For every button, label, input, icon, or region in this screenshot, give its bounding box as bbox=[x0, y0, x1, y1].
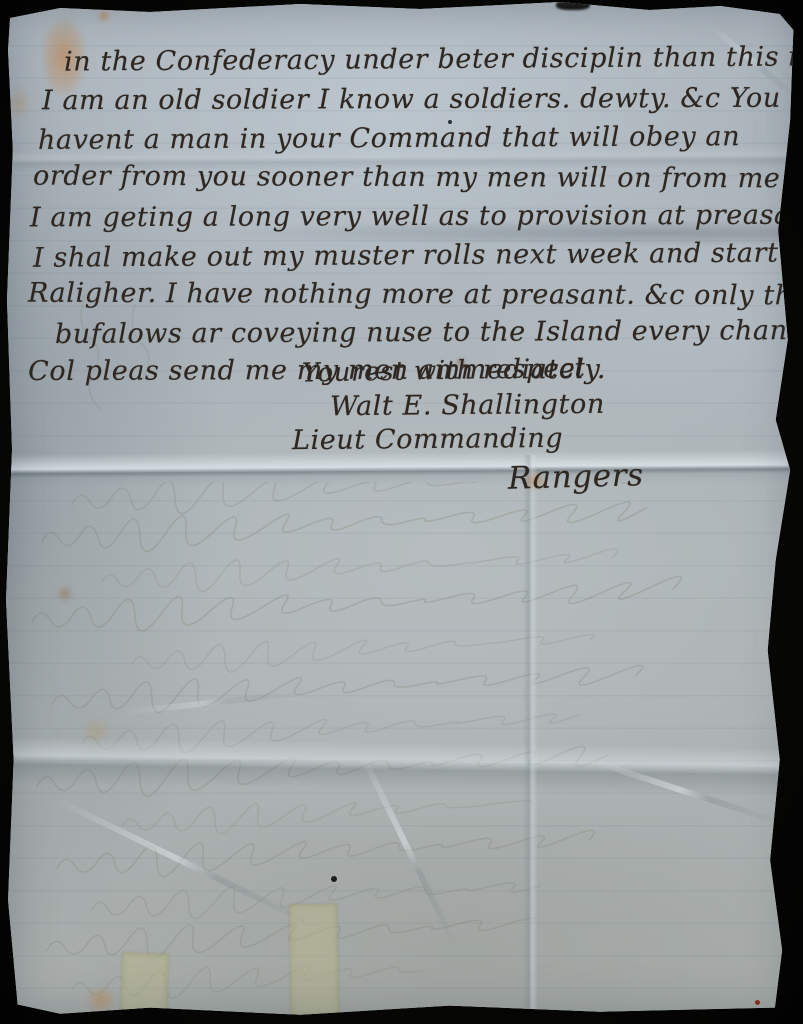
brown-stain-mid-left bbox=[56, 586, 74, 602]
wrinkle-line bbox=[594, 759, 786, 827]
letter-line-1: in the Confederacy under beter disciplin… bbox=[64, 41, 803, 77]
rust-stain-left-faint bbox=[8, 86, 30, 120]
ink-speck bbox=[331, 876, 337, 882]
tape-strip-left bbox=[120, 952, 169, 1014]
letter-signer-unit: Rangers bbox=[508, 457, 645, 497]
letter-signature: Walt E. Shallington bbox=[330, 389, 605, 422]
tape-strip-right bbox=[289, 904, 339, 1017]
letter-closing: Yourest with respect bbox=[302, 354, 586, 389]
letter-line-6: I shal make out my muster rolls next wee… bbox=[33, 237, 803, 274]
paper-sheet: in the Confederacy under beter disciplin… bbox=[0, 0, 803, 1024]
fold-crease-vertical bbox=[523, 455, 538, 1015]
letter-scan: in the Confederacy under beter disciplin… bbox=[0, 0, 803, 1024]
letter-line-2: I am an old soldier I know a soldiers. d… bbox=[42, 83, 781, 117]
letter-signer-title: Lieut Commanding bbox=[292, 423, 563, 456]
letter-line-4: order from you sooner than my men will o… bbox=[33, 161, 803, 195]
rust-stain-dot bbox=[98, 10, 110, 22]
letter-line-5: I am geting a long very well as to provi… bbox=[30, 200, 803, 234]
letter-line-7: Raligher. I have nothing more at preasan… bbox=[28, 278, 803, 312]
wrinkle-line bbox=[359, 753, 461, 953]
ink-bleed-through bbox=[12, 482, 790, 1022]
yellow-stain-left bbox=[80, 718, 112, 744]
wrinkle-line bbox=[120, 691, 300, 716]
rust-stain-bottom-left bbox=[84, 988, 118, 1012]
wrinkle-line bbox=[54, 797, 326, 934]
fold-crease-main bbox=[0, 450, 803, 489]
red-speck bbox=[755, 1000, 760, 1005]
letter-line-3: havent a man in your Command that will o… bbox=[38, 121, 740, 156]
fold-crease-lower bbox=[0, 736, 803, 795]
edge-smudge-top bbox=[556, 0, 590, 10]
